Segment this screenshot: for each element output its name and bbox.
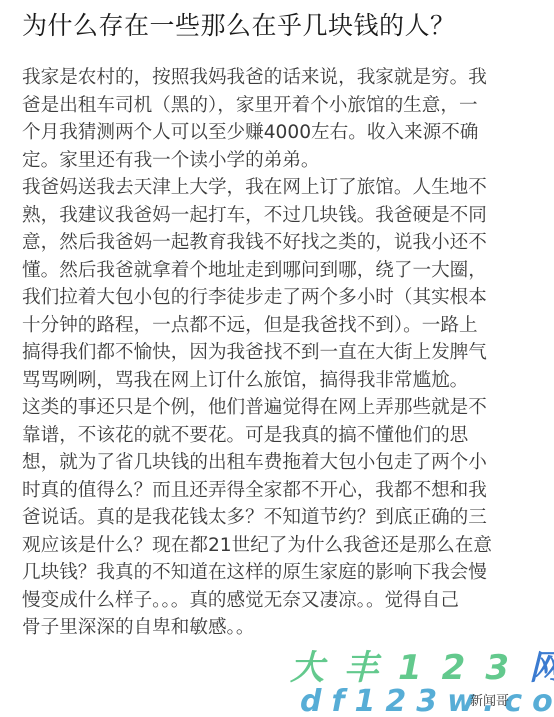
body-line: 爸是出租车司机（黑的），家里开着个小旅馆的生意，一 bbox=[22, 92, 542, 120]
watermark-suffix: 网 bbox=[529, 648, 554, 688]
body-line: 搞得我们都不愉快，因为我爸找不到一直在大街上发脾气 bbox=[22, 339, 542, 367]
body-line: 骂骂咧咧，骂我在网上订什么旅馆，搞得我非常尴尬。 bbox=[22, 367, 542, 395]
body-line: 懂。然后我爸就拿着个地址走到哪问到哪，绕了一大圈， bbox=[22, 257, 542, 285]
body-line: 慢变成什么样子。。。真的感觉无奈又凄凉。。觉得自己 bbox=[22, 587, 542, 615]
body-line: 骨子里深深的自卑和敏感。。 bbox=[22, 614, 542, 642]
body-line: 个月我猜测两个人可以至少赚4000左右。收入来源不确 bbox=[22, 119, 542, 147]
body-line: 想，就为了省几块钱的出租车费拖着大包小包走了两个小 bbox=[22, 449, 542, 477]
body-line: 几块钱？我真的不知道在这样的原生家庭的影响下我会慢 bbox=[22, 559, 542, 587]
body-line: 定。家里还有我一个读小学的弟弟。 bbox=[22, 147, 542, 175]
body-line: 我们拉着大包小包的行李徒步走了两个多小时（其实根本 bbox=[22, 284, 542, 312]
body-line: 意，然后我爸妈一起教育我钱不好找之类的，说我小还不 bbox=[22, 229, 542, 257]
body-line: 我家是农村的，按照我妈我爸的话来说，我家就是穷。我 bbox=[22, 64, 542, 92]
body-line: 我爸妈送我去天津上大学，我在网上订了旅馆。人生地不 bbox=[22, 174, 542, 202]
body-line: 爸说话。真的是我花钱太多？不知道节约？到底正确的三 bbox=[22, 504, 542, 532]
watermark-source: 新闻哥 bbox=[470, 690, 509, 709]
body-line: 时真的值得么？而且还弄得全家都不开心，我都不想和我 bbox=[22, 477, 542, 505]
watermark-site-name: 大丰123网 bbox=[290, 640, 554, 689]
watermark-url: df123w.com bbox=[300, 684, 554, 717]
body-line: 这类的事还只是个例，他们普遍觉得在网上弄那些就是不 bbox=[22, 394, 542, 422]
watermark-text: 大丰123 bbox=[290, 648, 529, 688]
body-line: 靠谱，不该花的就不要花。可是我真的搞不懂他们的思 bbox=[22, 422, 542, 450]
body-line: 观应该是什么？现在都21世纪了为什么我爸还是那么在意 bbox=[22, 532, 542, 560]
article-body: 我家是农村的，按照我妈我爸的话来说，我家就是穷。我 爸是出租车司机（黑的），家里… bbox=[22, 64, 542, 642]
body-line: 熟，我建议我爸妈一起打车，不过几块钱。我爸硬是不同 bbox=[22, 202, 542, 230]
page-title: 为什么存在一些那么在乎几块钱的人？ bbox=[22, 8, 456, 44]
body-line: 十分钟的路程，一点都不远，但是我爸找不到）。一路上 bbox=[22, 312, 542, 340]
